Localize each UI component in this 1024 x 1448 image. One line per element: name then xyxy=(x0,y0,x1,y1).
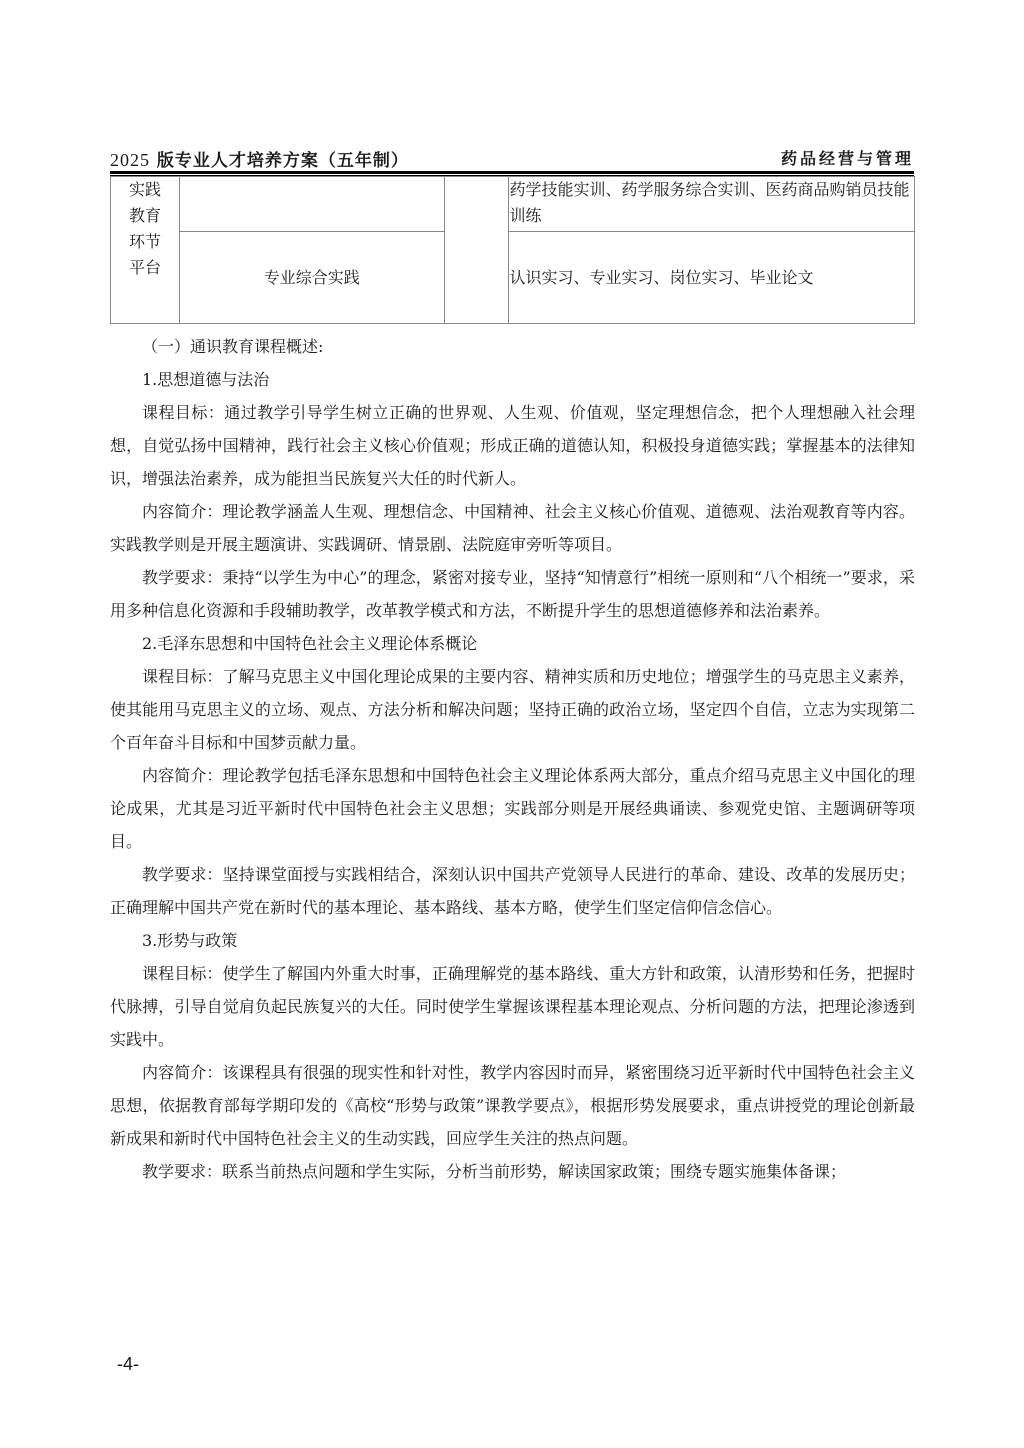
course-goal: 课程目标：通过教学引导学生树立正确的世界观、人生观、价值观，坚定理想信念，把个人… xyxy=(110,396,915,495)
document-title: 2025 版专业人才培养方案（五年制） xyxy=(110,146,409,171)
course-title: 2.毛泽东思想和中国特色社会主义理论体系概论 xyxy=(110,627,915,660)
platform-label-cell: 实践 教育 环节 平台 xyxy=(111,177,180,324)
page-header: 2025 版专业人才培养方案（五年制） 药品经营与管理 xyxy=(110,146,914,170)
credit-cell xyxy=(444,177,509,324)
course-requirement: 教学要求：坚持课堂面授与实践相结合，深刻认识中国共产党领导人民进行的革命、建设、… xyxy=(110,858,915,924)
course-requirement: 教学要求：秉持“以学生为中心”的理念，紧密对接专业，坚持“知情意行”相统一原则和… xyxy=(110,561,915,627)
content-cell: 药学技能实训、药学服务综合实训、医药商品购销员技能训练 xyxy=(509,177,915,232)
platform-label-line: 环节 xyxy=(111,229,179,255)
practice-platform-table: 实践 教育 环节 平台 药学技能实训、药学服务综合实训、医药商品购销员技能训练 … xyxy=(110,176,915,324)
course-goal: 课程目标：使学生了解国内外重大时事，正确理解党的基本路线、重大方针和政策，认清形… xyxy=(110,957,915,1056)
course-content: 内容简介：理论教学包括毛泽东思想和中国特色社会主义理论体系两大部分，重点介绍马克… xyxy=(110,759,915,858)
course-title: 3.形势与政策 xyxy=(110,924,915,957)
platform-label-line: 实践 xyxy=(111,177,179,203)
content-cell: 认识实习、专业实习、岗位实习、毕业论文 xyxy=(509,232,915,324)
document-title-text: 版专业人才培养方案（五年制） xyxy=(157,151,409,171)
header-rule-thick xyxy=(110,171,914,174)
table-row: 实践 教育 环节 平台 药学技能实训、药学服务综合实训、医药商品购销员技能训练 xyxy=(111,177,915,232)
module-cell: 专业综合实践 xyxy=(179,232,444,324)
platform-label-line: 平台 xyxy=(111,255,179,281)
course-requirement: 教学要求：联系当前热点问题和学生实际，分析当前形势，解读国家政策；围绕专题实施集… xyxy=(110,1155,915,1188)
section-heading: （一）通识教育课程概述: xyxy=(110,330,915,363)
table-row: 专业综合实践 认识实习、专业实习、岗位实习、毕业论文 xyxy=(111,232,915,324)
document-year: 2025 xyxy=(110,150,150,170)
page-number: -4- xyxy=(117,1354,139,1375)
course-goal: 课程目标：了解马克思主义中国化理论成果的主要内容、精神实质和历史地位；增强学生的… xyxy=(110,660,915,759)
module-cell xyxy=(179,177,444,232)
course-content: 内容简介：该课程具有很强的现实性和针对性，教学内容因时而异，紧密围绕习近平新时代… xyxy=(110,1056,915,1155)
course-overview: （一）通识教育课程概述: 1.思想道德与法治 课程目标：通过教学引导学生树立正确… xyxy=(110,330,915,1188)
major-name: 药品经营与管理 xyxy=(781,146,914,169)
platform-label-line: 教育 xyxy=(111,203,179,229)
course-title: 1.思想道德与法治 xyxy=(110,363,915,396)
course-content: 内容简介：理论教学涵盖人生观、理想信念、中国精神、社会主义核心价值观、道德观、法… xyxy=(110,495,915,561)
